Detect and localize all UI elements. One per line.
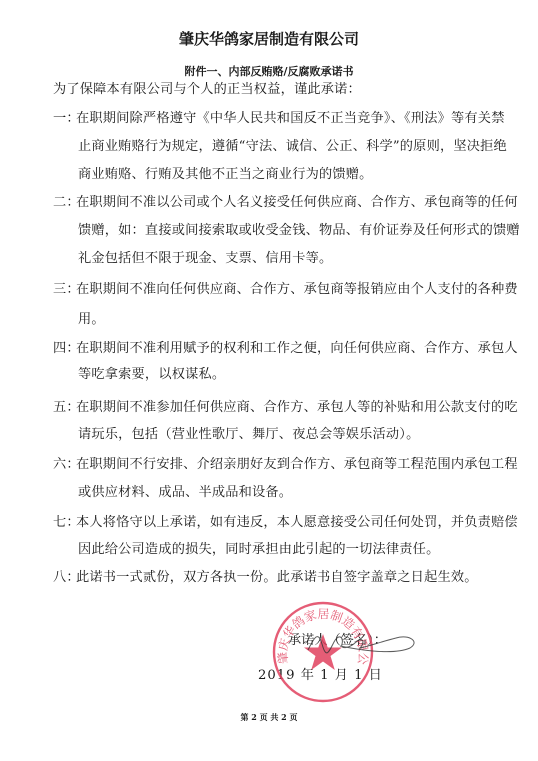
signature-icon (300, 620, 420, 660)
clause-line: 在职期间不准以公司或个人名义接受任何供应商、合作方、承包商等的任何 (76, 195, 518, 211)
clause-line: 在职期间除严格遵守《中华人民共和国反不正当竞争》、《刑法》等有关禁 (76, 111, 505, 127)
clause-line: 馈赠，如：直接或间接索取或收受金钱、物品、有价证券及任何形式的馈赠 (78, 223, 520, 239)
intro-text: 为了保障本有限公司与个人的正当权益，谨此承诺： (53, 82, 361, 98)
clause-line: 用。 (78, 312, 105, 328)
clause-line: 此诺书一式贰份，双方各执一份。此承诺书自签字盖章之日起生效。 (76, 570, 478, 586)
clause-line: 因此给公司造成的损失，同时承担由此引起的一切法律责任。 (78, 542, 439, 558)
clause-line: 本人将恪守以上承诺，如有违反，本人愿意接受公司任何处罚，并负责赔偿 (76, 515, 518, 531)
company-title: 肇庆华鸽家居制造有限公司 (0, 28, 538, 49)
clause-line: 礼金包括但不限于现金、支票、信用卡等。 (78, 251, 332, 267)
page-footer: 第 2 页 共 2 页 (0, 712, 538, 723)
clause-line: 商业贿赂、行贿及其他不正当之商业行为的馈赠。 (78, 167, 373, 183)
clause-line: 在职期间不准利用赋予的权利和工作之便，向任何供应商、合作方、承包人 (76, 341, 518, 357)
clause-line: 在职期间不准向任何供应商、合作方、承包商等报销应由个人支付的各种费 (76, 282, 518, 298)
clause-line: 在职期间不行安排、介绍亲朋好友到合作方、承包商等工程范围内承包工程 (76, 457, 518, 473)
clause-line: 在职期间不准参加任何供应商、合作方、承包人等的补贴和用公款支付的吃 (76, 400, 518, 416)
clause-line: 等吃拿索要，以权谋私。 (78, 367, 225, 383)
clause-line: 止商业贿赂行为规定，遵循“守法、诚信、公正、科学”的原则，坚决拒绝 (78, 139, 507, 155)
document-subtitle: 附件一、内部反贿赂/反腐败承诺书 (0, 63, 538, 79)
clause-line: 请玩乐，包括（营业性歌厅、舞厅、夜总会等娱乐活动）。 (78, 427, 419, 443)
clause-line: 或供应材料、成品、半成品和设备。 (78, 485, 292, 501)
